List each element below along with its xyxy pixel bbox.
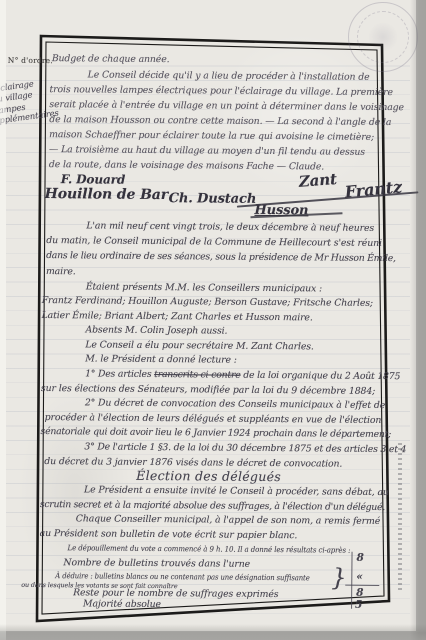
reading-line: 3° De l'article 1 §3. de la loi du 30 dé… (84, 441, 406, 455)
reading-line: sur les élections des Sénateurs, modifié… (41, 383, 375, 397)
session-line: Frantz Ferdinand; Houillon Auguste; Bers… (42, 295, 373, 309)
session-line: dans le lieu ordinaire de ses séances, s… (46, 250, 396, 264)
deliberation-line: serait placée à l'entrée du village en u… (49, 99, 404, 113)
deliberation-line: trois nouvelles lampes électriques pour … (50, 84, 393, 98)
reading-line: sénatoriale qui doit avoir lieu le 6 Jan… (41, 426, 391, 440)
struck-text: transcrits ci-contre (154, 369, 240, 381)
session-line: maire. (46, 266, 76, 277)
section-heading: Élection des délégués (136, 468, 281, 484)
page-edge-shadow-bottom (0, 624, 426, 640)
signature: Houillon de Bar (45, 186, 169, 203)
tally-brace: } (331, 564, 346, 592)
election-line: Chaque Conseiller municipal, à l'appel d… (76, 513, 380, 527)
tally-value: 8 (356, 552, 363, 564)
deliberation-line: de la route, dans le voisinage des maiso… (49, 159, 324, 172)
page-edge-left (0, 0, 6, 640)
reading-line: 2° Du décret de convocation des Conseils… (85, 397, 385, 411)
tally-value: 8 (356, 587, 363, 599)
reading-line: procéder à l'élection de leurs délégués … (45, 412, 382, 426)
session-line: L'an mil neuf cent vingt trois, le deux … (86, 220, 374, 234)
scanned-register-page: N° d'ordre. Éclairage du village lampes … (0, 0, 426, 640)
session-line: M. le Président a donné lecture : (85, 353, 237, 365)
tally-value: « (356, 571, 363, 583)
deliberation-line: Budget de chaque année. (52, 53, 170, 65)
tally-column-rule (351, 552, 353, 609)
handwritten-content: N° d'ordre. Éclairage du village lampes … (0, 0, 426, 640)
tally-value: 5 (355, 599, 362, 611)
deliberation-line: — La troisième au haut du village au moy… (49, 144, 365, 158)
session-line: du matin, le Conseil municipal de la Com… (46, 235, 382, 249)
signature: Zant (298, 170, 337, 191)
tally-label: Nombre de bulletins trouvés dans l'urne (63, 557, 250, 570)
election-line: Le dépouillement du vote a commencé à 9 … (68, 543, 351, 554)
deliberation-line: Le Conseil décide qu'il y a lieu de proc… (88, 69, 370, 82)
election-line: au Président son bulletin de vote écrit … (40, 528, 298, 541)
deliberation-line: de la maison Housson ou contre cette mai… (49, 114, 391, 128)
deliberation-line: maison Schaeffner pour éclairer toute la… (49, 129, 374, 143)
signature-flourish-stroke (237, 191, 419, 207)
reading-text: de la loi organique du 2 Août 1875 (241, 370, 401, 382)
session-line: Latier Émile; Briant Albert; Zant Charle… (42, 310, 313, 323)
session-line: Absents M. Colin Joseph aussi. (85, 324, 227, 336)
page-edge-shadow-right (410, 0, 426, 640)
election-line: scrutin secret et à la majorité absolue … (40, 499, 385, 513)
reading-line: 1° Des articles transcrits ci-contre de … (85, 368, 400, 382)
signature: F. Douard (61, 172, 126, 187)
tally-label: Majorité absolue (83, 598, 161, 610)
election-line: Le Président a ensuite invité le Conseil… (84, 484, 389, 498)
reading-text: 1° Des articles (85, 368, 154, 380)
order-number-label: N° d'ordre. (8, 56, 53, 65)
session-line: Le Conseil a élu pour secrétaire M. Zant… (85, 339, 314, 352)
session-line: Étaient présents M.M. les Conseillers mu… (86, 281, 322, 294)
